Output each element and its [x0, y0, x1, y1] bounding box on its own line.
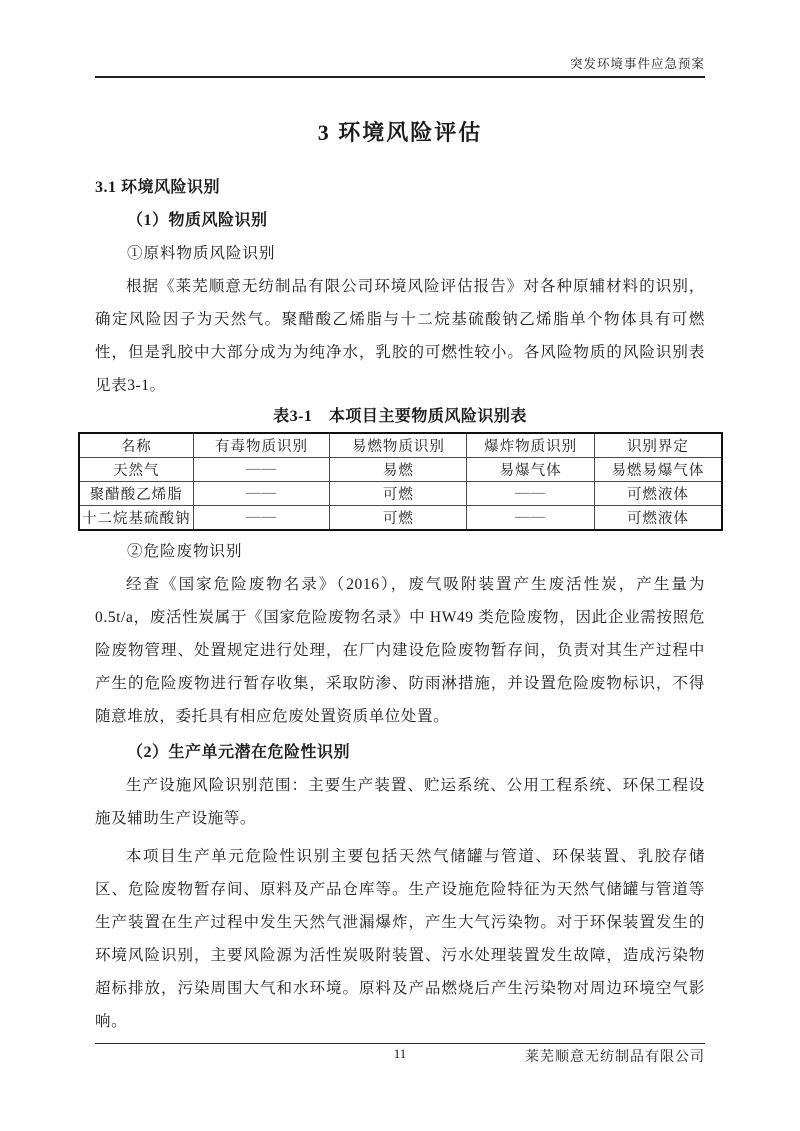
table-cell: 易燃易爆气体	[594, 458, 722, 482]
table-row: 聚醋酸乙烯脂 —— 可燃 —— 可燃液体	[79, 482, 722, 506]
table-cell: ——	[193, 506, 330, 531]
subsection-heading-1: （1）物质风险识别	[95, 209, 705, 232]
table-cell: 可燃液体	[594, 482, 722, 506]
page-footer: 11 莱芜顺意无纺制品有限公司	[95, 1043, 705, 1068]
table-header-cell: 爆炸物质识别	[467, 433, 595, 458]
table-row: 十二烷基硫酸钠 —— 可燃 —— 可燃液体	[79, 506, 722, 531]
table-header-cell: 易燃物质识别	[330, 433, 467, 458]
paragraph-unit-hazard: 本项目生产单元危险性识别主要包括天然气储罐与管道、环保装置、乳胶存储区、危险废物…	[95, 840, 705, 1038]
table-cell: 十二烷基硫酸钠	[79, 506, 193, 531]
table-caption: 表3-1 本项目主要物质风险识别表	[95, 405, 705, 428]
table-cell: 可燃	[330, 482, 467, 506]
page-number: 11	[394, 1046, 407, 1062]
section-heading-3-1: 3.1 环境风险识别	[95, 176, 705, 199]
table-cell: 易爆气体	[467, 458, 595, 482]
table-header-cell: 有毒物质识别	[193, 433, 330, 458]
table-cell: 可燃	[330, 506, 467, 531]
table-header-cell: 名称	[79, 433, 193, 458]
paragraph-facility-scope: 生产设施风险识别范围：主要生产装置、贮运系统、公用工程系统、环保工程设施及辅助生…	[95, 769, 705, 835]
table-cell: 易燃	[330, 458, 467, 482]
table-cell: 天然气	[79, 458, 193, 482]
table-row: 天然气 —— 易燃 易爆气体 易燃易爆气体	[79, 458, 722, 482]
paragraph-hazardous-waste: 经查《国家危险废物名录》（2016），废气吸附装置产生废活性炭，产生量为 0.5…	[95, 568, 705, 733]
table-cell: ——	[193, 458, 330, 482]
chapter-title: 3 环境风险评估	[95, 118, 705, 148]
footer-company-name: 莱芜顺意无纺制品有限公司	[525, 1046, 705, 1066]
running-header-title: 突发环境事件应急预案	[570, 57, 705, 71]
table-cell: ——	[467, 482, 595, 506]
table-cell: ——	[467, 506, 595, 531]
page-content: 突发环境事件应急预案 3 环境风险评估 3.1 环境风险识别 （1）物质风险识别…	[95, 54, 705, 1038]
subsection-heading-2: （2）生产单元潜在危险性识别	[95, 741, 705, 764]
table-cell: 可燃液体	[594, 506, 722, 531]
running-header: 突发环境事件应急预案	[95, 54, 705, 78]
footer-row: 11 莱芜顺意无纺制品有限公司	[95, 1046, 705, 1068]
item-heading-hazardous-waste: ②危险废物识别	[95, 540, 705, 563]
table-header-row: 名称 有毒物质识别 易燃物质识别 爆炸物质识别 识别界定	[79, 433, 722, 458]
table-cell: ——	[193, 482, 330, 506]
item-heading-raw-material: ①原料物质风险识别	[95, 242, 705, 265]
risk-identification-table: 名称 有毒物质识别 易燃物质识别 爆炸物质识别 识别界定 天然气 —— 易燃 易…	[78, 432, 723, 531]
paragraph-material-risk: 根据《莱芜顺意无纺制品有限公司环境风险评估报告》对各种原辅材料的识别，确定风险因…	[95, 270, 705, 402]
table-cell: 聚醋酸乙烯脂	[79, 482, 193, 506]
table-header-cell: 识别界定	[594, 433, 722, 458]
document-page: 突发环境事件应急预案 3 环境风险评估 3.1 环境风险识别 （1）物质风险识别…	[0, 0, 800, 1131]
